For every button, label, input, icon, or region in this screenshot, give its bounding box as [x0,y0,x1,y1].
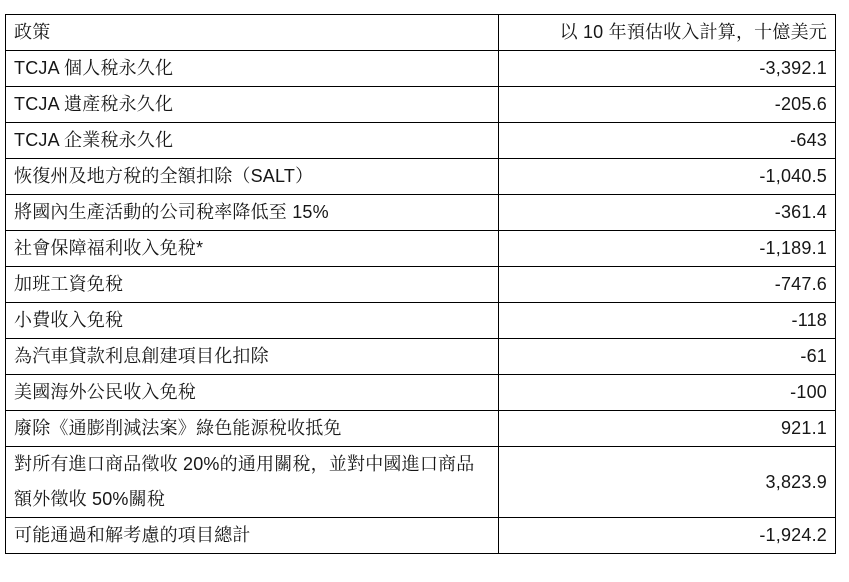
policy-cell: 美國海外公民收入免稅 [6,375,499,411]
value-cell: -61 [499,339,836,375]
policy-cell: 社會保障福利收入免稅* [6,231,499,267]
value-cell: -3,392.1 [499,51,836,87]
table-row: 廢除《通膨削減法案》綠色能源稅收抵免921.1 [6,411,836,447]
table-row: 對所有進口商品徵收 20%的通用關稅，並對中國進口商品額外徵收 50%關稅3,8… [6,447,836,518]
document-page: 政策 以 10 年預估收入計算，十億美元 TCJA 個人稅永久化-3,392.1… [0,0,849,554]
value-cell: -643 [499,123,836,159]
policy-cell: 將國內生產活動的公司稅率降低至 15% [6,195,499,231]
value-cell: 3,823.9 [499,447,836,518]
table-row: 社會保障福利收入免稅*-1,189.1 [6,231,836,267]
header-policy: 政策 [6,15,499,51]
value-cell: 921.1 [499,411,836,447]
table-row: TCJA 遺產稅永久化-205.6 [6,87,836,123]
header-value: 以 10 年預估收入計算，十億美元 [499,15,836,51]
table-row: 加班工資免稅-747.6 [6,267,836,303]
value-cell: -1,189.1 [499,231,836,267]
table-row: TCJA 企業稅永久化-643 [6,123,836,159]
table-row: TCJA 個人稅永久化-3,392.1 [6,51,836,87]
policy-cell: TCJA 企業稅永久化 [6,123,499,159]
table-row: 為汽車貸款利息創建項目化扣除-61 [6,339,836,375]
value-cell: -747.6 [499,267,836,303]
table-header: 政策 以 10 年預估收入計算，十億美元 [6,15,836,51]
value-cell: -100 [499,375,836,411]
policy-cell: 為汽車貸款利息創建項目化扣除 [6,339,499,375]
table-row: 美國海外公民收入免稅-100 [6,375,836,411]
policy-cell: 可能通過和解考慮的項目總計 [6,518,499,554]
policy-cell: TCJA 遺產稅永久化 [6,87,499,123]
table-row: 小費收入免稅-118 [6,303,836,339]
table-row: 恢復州及地方稅的全額扣除（SALT）-1,040.5 [6,159,836,195]
policy-cell: TCJA 個人稅永久化 [6,51,499,87]
value-cell: -118 [499,303,836,339]
policy-revenue-table: 政策 以 10 年預估收入計算，十億美元 TCJA 個人稅永久化-3,392.1… [5,14,836,554]
header-row: 政策 以 10 年預估收入計算，十億美元 [6,15,836,51]
policy-cell: 小費收入免稅 [6,303,499,339]
value-cell: -205.6 [499,87,836,123]
table-row: 將國內生產活動的公司稅率降低至 15%-361.4 [6,195,836,231]
policy-cell: 對所有進口商品徵收 20%的通用關稅，並對中國進口商品額外徵收 50%關稅 [6,447,499,518]
value-cell: -1,040.5 [499,159,836,195]
value-cell: -361.4 [499,195,836,231]
policy-cell: 加班工資免稅 [6,267,499,303]
table-body: TCJA 個人稅永久化-3,392.1TCJA 遺產稅永久化-205.6TCJA… [6,51,836,554]
table-row: 可能通過和解考慮的項目總計-1,924.2 [6,518,836,554]
policy-cell: 廢除《通膨削減法案》綠色能源稅收抵免 [6,411,499,447]
policy-cell: 恢復州及地方稅的全額扣除（SALT） [6,159,499,195]
value-cell: -1,924.2 [499,518,836,554]
